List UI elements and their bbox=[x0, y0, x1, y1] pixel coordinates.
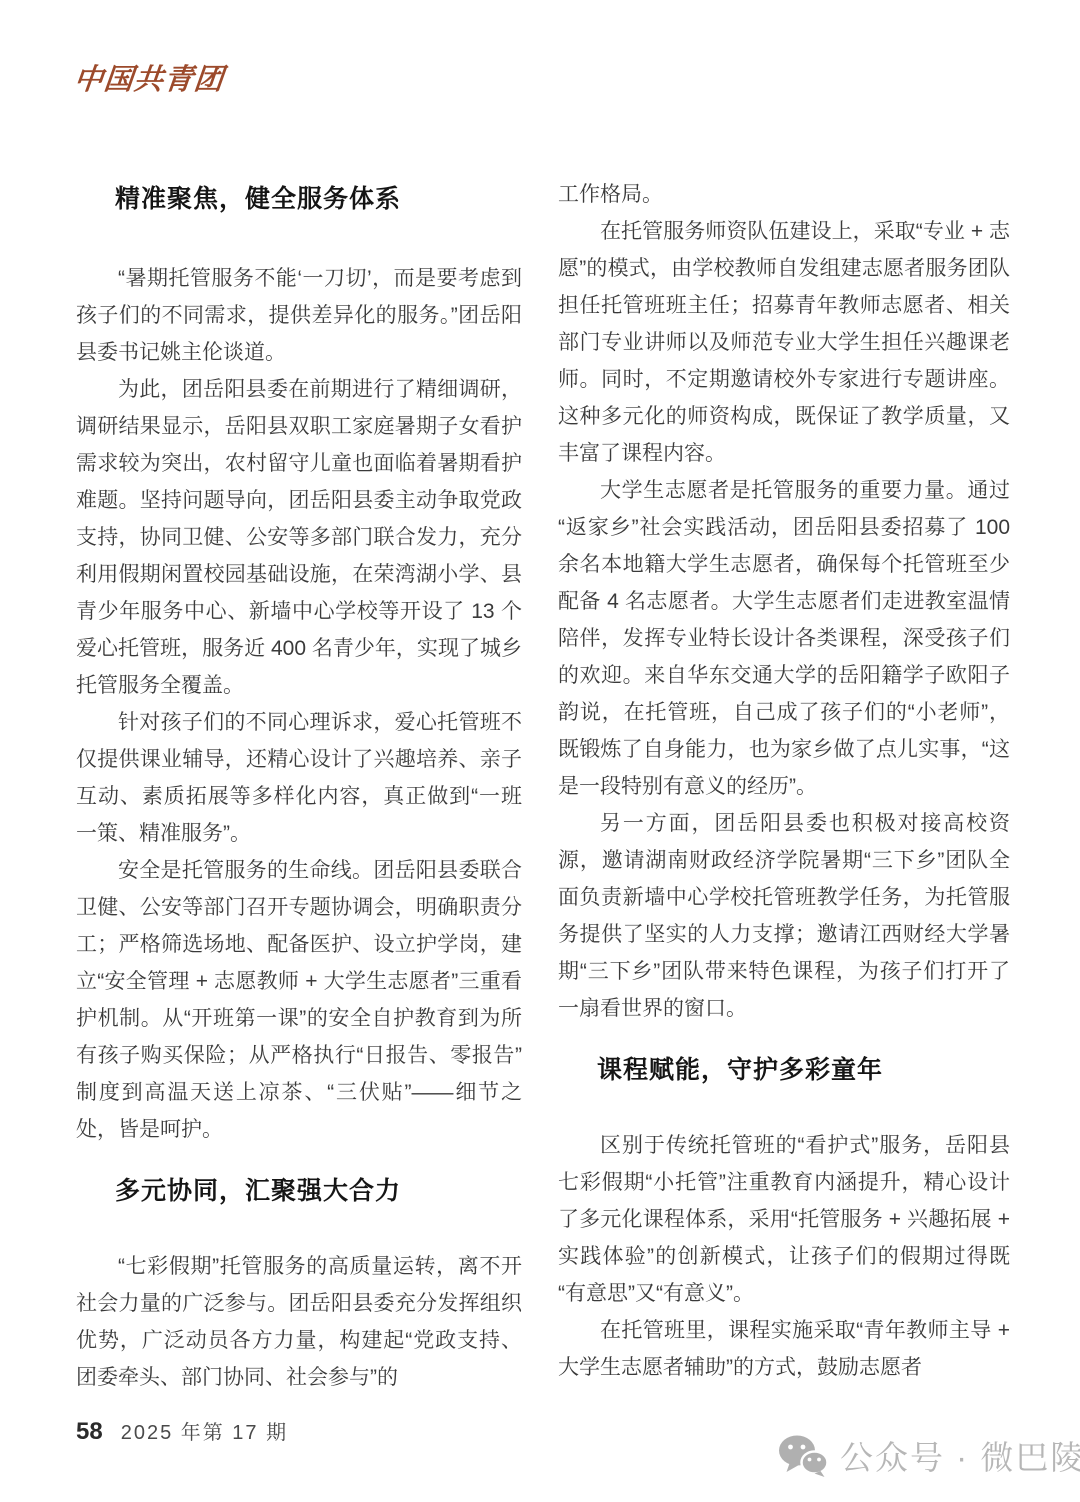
section-heading-duoyuan: 多元协同，汇聚强大合力 bbox=[76, 1174, 522, 1208]
body-paragraph: 区别于传统托管班的“看护式”服务，岳阳县七彩假期“小托管”注重教育内涵提升，精心… bbox=[558, 1127, 1010, 1312]
wechat-label: 公众号 · 微巴陵 bbox=[840, 1432, 1080, 1479]
body-paragraph: 大学生志愿者是托管服务的重要力量。通过“返家乡”社会实践活动，团岳阳县委招募了 … bbox=[558, 472, 1010, 805]
magazine-logo: 中国共青团 bbox=[72, 58, 227, 102]
body-paragraph: 针对孩子们的不同心理诉求，爱心托管班不仅提供课业辅导，还精心设计了兴趣培养、亲子… bbox=[76, 704, 522, 852]
body-paragraph: “七彩假期”托管服务的高质量运转，离不开社会力量的广泛参与。团岳阳县委充分发挥组… bbox=[76, 1248, 522, 1396]
section-heading-jingzhun: 精准聚焦，健全服务体系 bbox=[76, 182, 522, 216]
wechat-icon bbox=[778, 1435, 828, 1477]
footer-folio: 58 2025 年第 17 期 bbox=[76, 1416, 288, 1446]
left-column: 精准聚焦，健全服务体系 “暑期托管服务不能‘一刀切’，而是要考虑到孩子们的不同需… bbox=[76, 182, 522, 1396]
magazine-page: 中国共青团 精准聚焦，健全服务体系 “暑期托管服务不能‘一刀切’，而是要考虑到孩… bbox=[0, 0, 1080, 1502]
body-paragraph: 在托管服务师资队伍建设上，采取“专业 + 志愿”的模式，由学校教师自发组建志愿者… bbox=[558, 213, 1010, 472]
page-number: 58 bbox=[76, 1418, 103, 1446]
body-paragraph: 另一方面，团岳阳县委也积极对接高校资源，邀请湖南财政经济学院暑期“三下乡”团队全… bbox=[558, 805, 1010, 1027]
wechat-watermark: 公众号 · 微巴陵 bbox=[778, 1432, 1080, 1479]
section-heading-kecheng: 课程赋能，守护多彩童年 bbox=[558, 1053, 1010, 1087]
body-paragraph: “暑期托管服务不能‘一刀切’，而是要考虑到孩子们的不同需求，提供差异化的服务。”… bbox=[76, 260, 522, 371]
body-paragraph-continuation: 工作格局。 bbox=[558, 176, 1010, 213]
right-column: 工作格局。 在托管服务师资队伍建设上，采取“专业 + 志愿”的模式，由学校教师自… bbox=[558, 176, 1010, 1386]
issue-label: 2025 年第 17 期 bbox=[121, 1416, 288, 1445]
body-paragraph: 在托管班里，课程实施采取“青年教师主导 + 大学生志愿者辅助”的方式，鼓励志愿者 bbox=[558, 1312, 1010, 1386]
body-paragraph: 安全是托管服务的生命线。团岳阳县委联合卫健、公安等部门召开专题协调会，明确职责分… bbox=[76, 852, 522, 1148]
body-paragraph: 为此，团岳阳县委在前期进行了精细调研，调研结果显示，岳阳县双职工家庭暑期子女看护… bbox=[76, 371, 522, 704]
